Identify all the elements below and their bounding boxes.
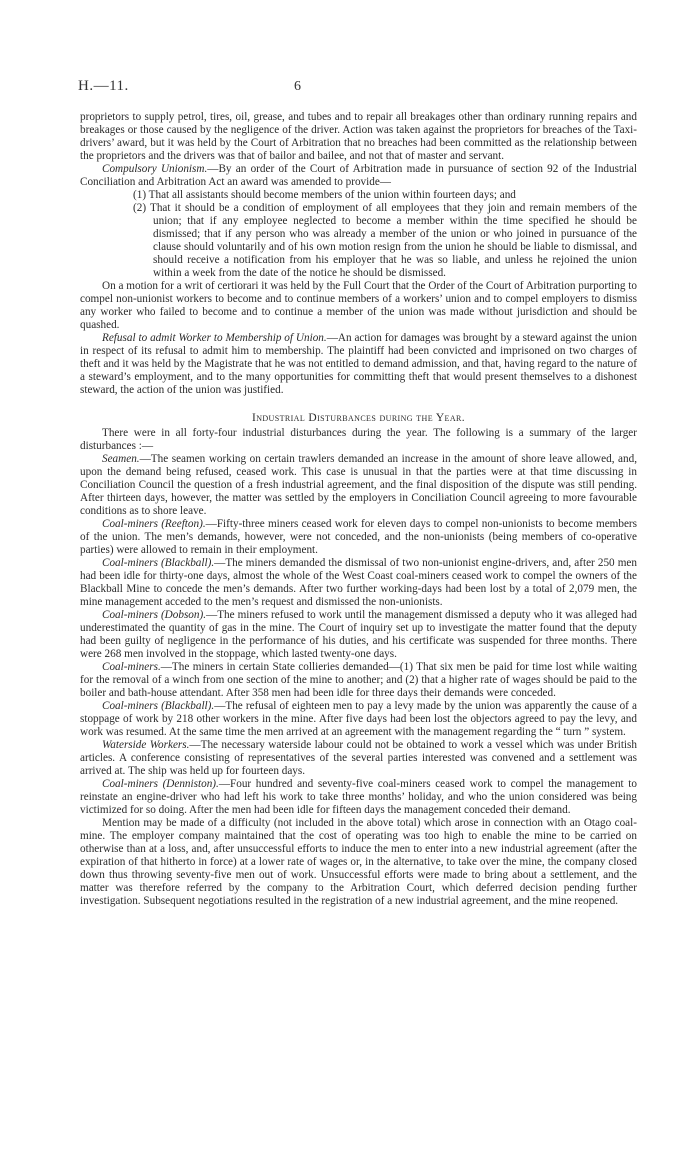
page-header: H.—11. 6 — [80, 80, 637, 96]
paragraph-coal-miners-denniston: Coal-miners (Denniston).—Four hundred an… — [80, 778, 637, 817]
paragraph-coal-miners-reefton: Coal-miners (Reefton).—Fifty-three miner… — [80, 518, 637, 557]
paragraph-lead: Waterside Workers. — [102, 739, 189, 751]
paragraph-coal-miners-state: Coal-miners.—The miners in certain State… — [80, 661, 637, 700]
section-heading: Industrial Disturbances during the Year. — [80, 412, 637, 425]
paragraph-coal-miners-blackball: Coal-miners (Blackball).—The miners dema… — [80, 557, 637, 609]
page-body: proprietors to supply petrol, tires, oil… — [80, 111, 637, 908]
paragraph-seamen: Seamen.—The seamen working on certain tr… — [80, 453, 637, 518]
paragraph-lead: Coal-miners (Denniston). — [102, 778, 219, 790]
paragraph-lead: Coal-miners. — [102, 661, 161, 673]
paragraph-compulsory-unionism: Compulsory Unionism.—By an order of the … — [80, 163, 637, 189]
provisions-list: (1) That all assistants should become me… — [80, 189, 637, 280]
document-code: H.—11. — [78, 80, 129, 93]
paragraph-refusal-to-admit: Refusal to admit Worker to Membership of… — [80, 332, 637, 397]
list-number: (1) — [133, 189, 146, 201]
paragraph-lead: Refusal to admit Worker to Membership of… — [102, 332, 327, 344]
paragraph-summary-intro: There were in all forty-four industrial … — [80, 427, 637, 453]
paragraph-coal-miners-dobson: Coal-miners (Dobson).—The miners refused… — [80, 609, 637, 661]
list-item: (2) That it should be a condition of emp… — [80, 202, 637, 280]
paragraph-waterside-workers: Waterside Workers.—The necessary watersi… — [80, 739, 637, 778]
list-number: (2) — [133, 202, 146, 214]
paragraph-otago-coal-mine: Mention may be made of a difficulty (not… — [80, 817, 637, 908]
paragraph-lead: Coal-miners (Blackball). — [102, 700, 214, 712]
paragraph-lead: Coal-miners (Dobson). — [102, 609, 206, 621]
paragraph-lead: Compulsory Unionism. — [102, 163, 207, 175]
paragraph-coal-miners-blackball-levy: Coal-miners (Blackball).—The refusal of … — [80, 700, 637, 739]
paragraph-lead: Seamen. — [102, 453, 140, 465]
paragraph-lead: Coal-miners (Blackball). — [102, 557, 214, 569]
page-number: 6 — [294, 80, 301, 93]
paragraph-lead: Coal-miners (Reefton). — [102, 518, 206, 530]
list-item: (1) That all assistants should become me… — [80, 189, 637, 202]
paragraph-continuation: proprietors to supply petrol, tires, oil… — [80, 111, 637, 163]
paragraph-certiorari: On a motion for a writ of certiorari it … — [80, 280, 637, 332]
